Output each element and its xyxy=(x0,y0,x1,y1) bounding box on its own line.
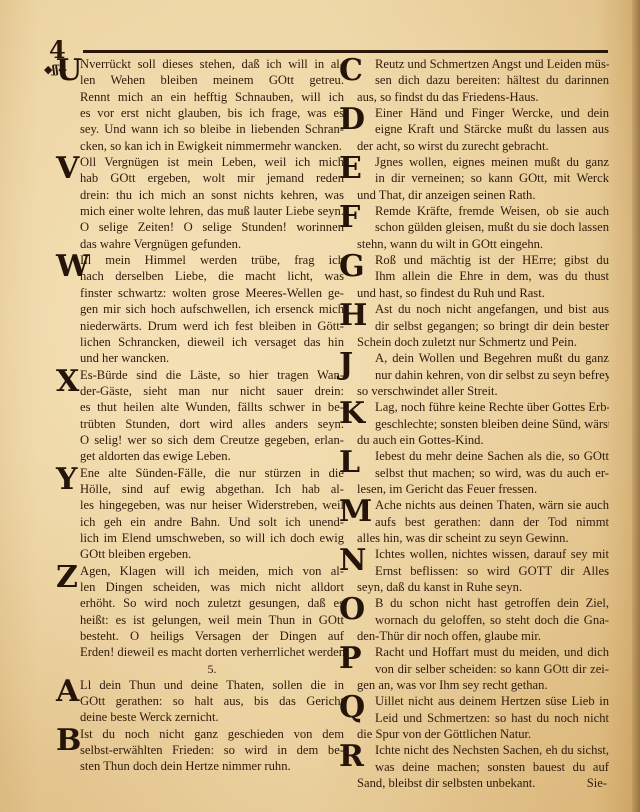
text-line: es vor erst nicht glauben, bis ich frage… xyxy=(80,105,344,121)
drop-cap-initial: Z xyxy=(56,563,78,593)
drop-cap-initial: E xyxy=(339,154,362,184)
stanza: ALl dein Thun und deine Thaten, sollen d… xyxy=(80,677,344,726)
stanza: UNverrückt soll dieses stehen, daß ich w… xyxy=(80,56,344,154)
text-line: der acht, so wirst du zurecht gebracht. xyxy=(357,138,609,154)
text-line: GOtt bleiben ergeben. xyxy=(80,546,344,562)
text-line: sey. Und wann ich so bleibe in liebenden… xyxy=(80,121,344,137)
text-line: geschlechte; sonsten bleiben deine Sünd,… xyxy=(357,416,609,432)
drop-cap-initial: C xyxy=(339,56,363,86)
text-line: gen an, was vor Ihm sey recht gethan. xyxy=(357,677,609,693)
stanza: PRacht und Hoffart must du meiden, und d… xyxy=(357,644,609,693)
text-line: Agen, Klagen will ich meiden, mich von a… xyxy=(80,563,344,579)
book-page: 4 ◆ʃʃ◆ UNverrückt soll dieses stehen, da… xyxy=(0,0,640,812)
stanza: GRoß und mächtig ist der HErre; gibst du… xyxy=(357,252,609,301)
drop-cap-initial: K xyxy=(339,399,365,429)
header-rule-right xyxy=(340,50,608,53)
stanza: HAst du noch nicht angefangen, und bist … xyxy=(357,301,609,350)
text-line: lesen, im Gericht das Feuer fressen. xyxy=(357,481,609,497)
text-line: sen dich dazu bereiten: hältest du darin… xyxy=(357,72,609,88)
text-line: get aldorten das ewige Leben. xyxy=(80,448,344,464)
text-line: was deine machen; sonsten bauest du auf xyxy=(357,759,609,775)
text-line: das wahre Vergnügen gefunden. xyxy=(80,236,344,252)
text-line: Remde Kräfte, fremde Weisen, ob sie auch xyxy=(357,203,609,219)
text-line: von dir selber scheiden: so kann GOtt di… xyxy=(357,661,609,677)
text-line: Einer Händ und Finger Wercke, und dein xyxy=(357,105,609,121)
drop-cap-initial: Y xyxy=(56,465,77,495)
text-line: sten Thun doch dein Hertze nimmer ruhn. xyxy=(80,758,344,774)
text-line: erhöht. So wird noch zuletzt gesungen, d… xyxy=(80,595,344,611)
text-line: B du schon nicht hast getroffen dein Zie… xyxy=(357,595,609,611)
text-line: drein: thu ich mich an sonst nichts kehr… xyxy=(80,187,344,203)
stanza: RIchte nicht des Nechsten Sachen, eh du … xyxy=(357,742,609,791)
text-line: Ist du noch nicht ganz geschieden von de… xyxy=(80,726,344,742)
drop-cap-initial: A xyxy=(56,677,79,707)
text-line: Lag, noch führe keine Rechte über Gottes… xyxy=(357,399,609,415)
text-line: besteht. O heiligs Versagen der Dingen a… xyxy=(80,628,344,644)
stanza: BIst du noch nicht ganz geschieden von d… xyxy=(80,726,344,775)
drop-cap-initial: Q xyxy=(339,693,365,723)
text-line: Iebest du mehr deine Sachen als die, so … xyxy=(357,448,609,464)
text-line: aufs best gerathen: dann der Tod nimmt xyxy=(357,514,609,530)
drop-cap-initial: W xyxy=(56,252,90,282)
text-line: nur dahin kehren, von dir selbst zu seyn… xyxy=(357,367,609,383)
text-line: GOtt gerathen: so halt aus, bis das Geri… xyxy=(80,693,344,709)
stanza: NIchtes wollen, nichtes wissen, darauf s… xyxy=(357,546,609,595)
text-line: aus, so findst du das Friedens-Haus. xyxy=(357,89,609,105)
text-line: len Dingen scheiden, was mich nicht alld… xyxy=(80,579,344,595)
text-line: Ihm allein die Ehre in dem, was du thust xyxy=(357,268,609,284)
text-line: Erden! dieweil es macht dorten verherrli… xyxy=(80,644,344,660)
text-line: Nverrückt soll dieses stehen, daß ich wi… xyxy=(80,56,344,72)
text-line: und her wancken. xyxy=(80,350,344,366)
text-line: heißt: es ist gelungen, weil mein Thun i… xyxy=(80,612,344,628)
text-line: ich geh ein andre Bahn. Und solt ich une… xyxy=(80,514,344,530)
text-line: Ichtes wollen, nichtes wissen, darauf se… xyxy=(357,546,609,562)
text-line: finster schwartz: wolten grose Meeres-We… xyxy=(80,285,344,301)
text-line: selbst thut machen; so wird, was du auch… xyxy=(357,465,609,481)
stanza: FRemde Kräfte, fremde Weisen, ob sie auc… xyxy=(357,203,609,252)
text-line: Ill mein Himmel werden trübe, frag ich xyxy=(80,252,344,268)
text-line: selbst-erwählten Frieden: so wird in dem… xyxy=(80,742,344,758)
text-line: stehn, wann du wilt in GOtt eingehn. xyxy=(357,236,609,252)
stanza: LIebest du mehr deine Sachen als die, so… xyxy=(357,448,609,497)
text-line: der-Gäste, sieht man nur nicht sauer dre… xyxy=(80,383,344,399)
text-line: Schein doch zuletzt nur Schmertz und Pei… xyxy=(357,334,609,350)
text-line: und That, dir anzeigen seinen Rath. xyxy=(357,187,609,203)
section-number: 5. xyxy=(80,661,344,677)
text-line: Ast du noch nicht angefangen, und bist a… xyxy=(357,301,609,317)
text-line: du auch ein Gottes-Kind. xyxy=(357,432,609,448)
drop-cap-initial: R xyxy=(339,742,364,772)
stanza: KLag, noch führe keine Rechte über Gotte… xyxy=(357,399,609,448)
header-rule-left xyxy=(83,50,346,53)
drop-cap-initial: H xyxy=(339,301,367,331)
text-line: Reutz und Schmertzen Angst und Leiden mü… xyxy=(357,56,609,72)
text-line: gen mir sich hoch aufschwellen, ich erse… xyxy=(80,301,344,317)
drop-cap-initial: F xyxy=(339,203,360,233)
drop-cap-initial: D xyxy=(339,105,365,135)
drop-cap-initial: V xyxy=(56,154,79,184)
text-line: Jgnes wollen, eignes meinen mußt du ganz xyxy=(357,154,609,170)
stanza: VOll Vergnügen ist mein Leben, weil ich … xyxy=(80,154,344,252)
text-line: Hölle, sind auf ewig abgethan. Ich hab a… xyxy=(80,481,344,497)
drop-cap-initial: O xyxy=(339,595,365,625)
drop-cap-initial: M xyxy=(339,497,372,527)
text-line: so verschwindet aller Streit. xyxy=(357,383,609,399)
text-line: eigne Kraft und Stärcke mußt du lassen a… xyxy=(357,121,609,137)
text-line: mich einer wolte lehren, das muß lauter … xyxy=(80,203,344,219)
text-line: niederwärts. Drum werd ich fest bleiben … xyxy=(80,318,344,334)
right-column: CReutz und Schmertzen Angst und Leiden m… xyxy=(357,56,609,792)
stanza: XEs-Bürde sind die Läste, so hier tragen… xyxy=(80,367,344,465)
stanza: MAche nichts aus deinen Thaten, wärn sie… xyxy=(357,497,609,546)
text-line: Leid und Schmertzen: so hast du noch nic… xyxy=(357,710,609,726)
text-line: trübten Stunden, dort wird alles anders … xyxy=(80,416,344,432)
text-line: alles hin, was dir scheint zu seyn Gewin… xyxy=(357,530,609,546)
drop-cap-initial: G xyxy=(339,252,365,282)
text-line: Ernst beflissen: so wird GOTT dir Alles xyxy=(357,563,609,579)
drop-cap-initial: J xyxy=(339,350,353,380)
text-line: Rennt mich an ein hefftig Schnauben, wil… xyxy=(80,89,344,105)
text-line: hab GOtt ergeben, wolt mir jemand reden xyxy=(80,170,344,186)
left-column: UNverrückt soll dieses stehen, daß ich w… xyxy=(80,56,344,775)
stanza: ZAgen, Klagen will ich meiden, mich von … xyxy=(80,563,344,661)
text-line: A, dein Wollen und Begehren mußt du ganz xyxy=(357,350,609,366)
drop-cap-initial: B xyxy=(56,726,81,756)
text-line: len Wehen bleiben meinem GOtt getreu. xyxy=(80,72,344,88)
text-line: cken, so kan ich in Ewigkeit nimmermehr … xyxy=(80,138,344,154)
stanza: JA, dein Wollen und Begehren mußt du gan… xyxy=(357,350,609,399)
text-line: Ll dein Thun und deine Thaten, sollen di… xyxy=(80,677,344,693)
text-line: Ene alte Sünden-Fälle, die nur stürzen i… xyxy=(80,465,344,481)
text-line: les hingegeben, was nur heiser Widerstre… xyxy=(80,497,344,513)
drop-cap-initial: L xyxy=(339,448,360,478)
stanza: QUillet nicht aus deinem Hertzen süse Li… xyxy=(357,693,609,742)
text-line: lichen Schrancken, dieweil ich versaget … xyxy=(80,334,344,350)
text-line: deine beste Werck zernicht. xyxy=(80,709,344,725)
stanza: DEiner Händ und Finger Wercke, und deine… xyxy=(357,105,609,154)
text-line: O selige Zeiten! O selige Stunden! worin… xyxy=(80,219,344,235)
text-line: lich im Elend umschweben, so will ich do… xyxy=(80,530,344,546)
stanza: CReutz und Schmertzen Angst und Leiden m… xyxy=(357,56,609,105)
text-line: Ache nichts aus deinen Thaten, wärn sie … xyxy=(357,497,609,513)
text-line: schon gülden gleisen, mußt du sie doch l… xyxy=(357,219,609,235)
text-line: Es-Bürde sind die Läste, so hier tragen … xyxy=(80,367,344,383)
stanza: OB du schon nicht hast getroffen dein Zi… xyxy=(357,595,609,644)
text-line: Uillet nicht aus deinem Hertzen süse Lie… xyxy=(357,693,609,709)
text-line: O selig! wer so sich dem Creutze gegeben… xyxy=(80,432,344,448)
page-edge xyxy=(632,0,640,812)
text-line: Racht und Hoffart must du meiden, und di… xyxy=(357,644,609,660)
text-line: seyn, daß du kanst in Ruhe seyn. xyxy=(357,579,609,595)
text-line: es thut heilen alte Wunden, fällts schwe… xyxy=(80,399,344,415)
text-line: Roß und mächtig ist der HErre; gibst du xyxy=(357,252,609,268)
text-line: Sand, bleibst dir selbsten unbekant. xyxy=(357,775,546,791)
stanza: YEne alte Sünden-Fälle, die nur stürzen … xyxy=(80,465,344,563)
text-line: in dir verneinen; so kann GOtt, mit Werc… xyxy=(357,170,609,186)
drop-cap-initial: P xyxy=(339,644,362,674)
drop-cap-initial: U xyxy=(56,56,82,86)
text-line: Ichte nicht des Nechsten Sachen, eh du s… xyxy=(357,742,609,758)
text-line: den-Thür dir noch offen, glaube mir. xyxy=(357,628,609,644)
drop-cap-initial: X xyxy=(56,367,79,397)
text-line: dir selbst gegangen; so bringt dir dein … xyxy=(357,318,609,334)
stanza: WIll mein Himmel werden trübe, frag ichn… xyxy=(80,252,344,366)
stanza: EJgnes wollen, eignes meinen mußt du gan… xyxy=(357,154,609,203)
drop-cap-initial: N xyxy=(339,546,366,576)
text-line: wornach du geloffen, so steht doch die G… xyxy=(357,612,609,628)
text-line: und hast, so findest du Ruh und Rast. xyxy=(357,285,609,301)
text-line: die Spur von der Göttlichen Natur. xyxy=(357,726,609,742)
text-line: Oll Vergnügen ist mein Leben, weil ich m… xyxy=(80,154,344,170)
text-line: nach derselben Liebe, die macht licht, w… xyxy=(80,268,344,284)
